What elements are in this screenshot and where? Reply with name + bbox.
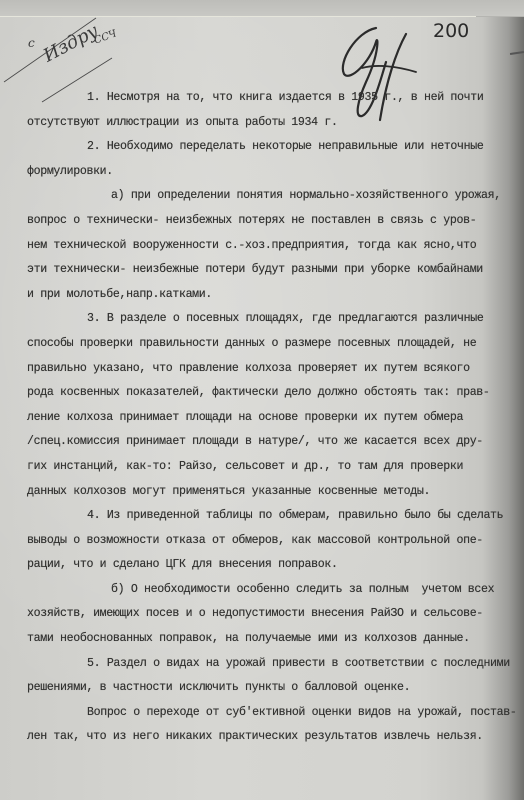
text-line: а) при определении понятия нормально-хоз… [27,184,524,209]
margin-note-letter: с [28,36,35,50]
text-line: 4. Из приведенной таблицы по обмерам, пр… [27,504,524,529]
text-line: рации, что и сделано ЦГК для внесения по… [27,553,524,578]
text-line: б) О необходимости особенно следить за п… [27,578,524,603]
text-line: 2. Необходимо переделать некоторые непра… [27,135,524,160]
text-line: 5. Раздел о видах на урожай привести в с… [27,652,524,677]
text-line: ление колхоза принимает площади на основ… [27,406,524,431]
text-line: данных колхозов могут применяться указан… [27,480,524,505]
text-line: рода косвенных показателей, фактически д… [27,381,524,406]
document-page: с Издру ССЧ 200 1. Несмотря на то, что к… [0,0,524,800]
text-line: 1. Несмотря на то, что книга издается в … [27,86,524,111]
text-line: тами необоснованных поправок, на получае… [27,627,524,652]
page-number-handwritten: 200 [433,20,469,42]
text-line: эти технически- неизбежные потери будут … [27,258,524,283]
text-line: лен так, что из него никаких практически… [27,725,524,750]
text-line: /спец.комиссия принимает площади в натур… [27,430,524,455]
text-line: способы проверки правильности данных о р… [27,332,524,357]
text-line: вопрос о технически- неизбежных потерях … [27,209,524,234]
text-line: хозяйств, имеющих посев и о недопустимос… [27,602,524,627]
text-line: Вопрос о переходе от суб'ективной оценки… [27,701,524,726]
typewritten-text: 1. Несмотря на то, что книга издается в … [27,86,524,750]
text-line: формулировки. [27,160,524,185]
text-line: правильно указано, что правление колхоза… [27,357,524,382]
text-line: решениями, в частности исключить пункты … [27,676,524,701]
text-line: 3. В разделе о посевных площадях, где пр… [27,307,524,332]
text-line: отсутствуют иллюстрации из опыта работы … [27,111,524,136]
text-line: гих инстанций, как-то: Райзо, сельсовет … [27,455,524,480]
text-line: нем технической вооруженности с.-хоз.пре… [27,234,524,259]
text-line: выводы о возможности отказа от обмеров, … [27,529,524,554]
text-line: и при молотьбе,напр.катками. [27,283,524,308]
